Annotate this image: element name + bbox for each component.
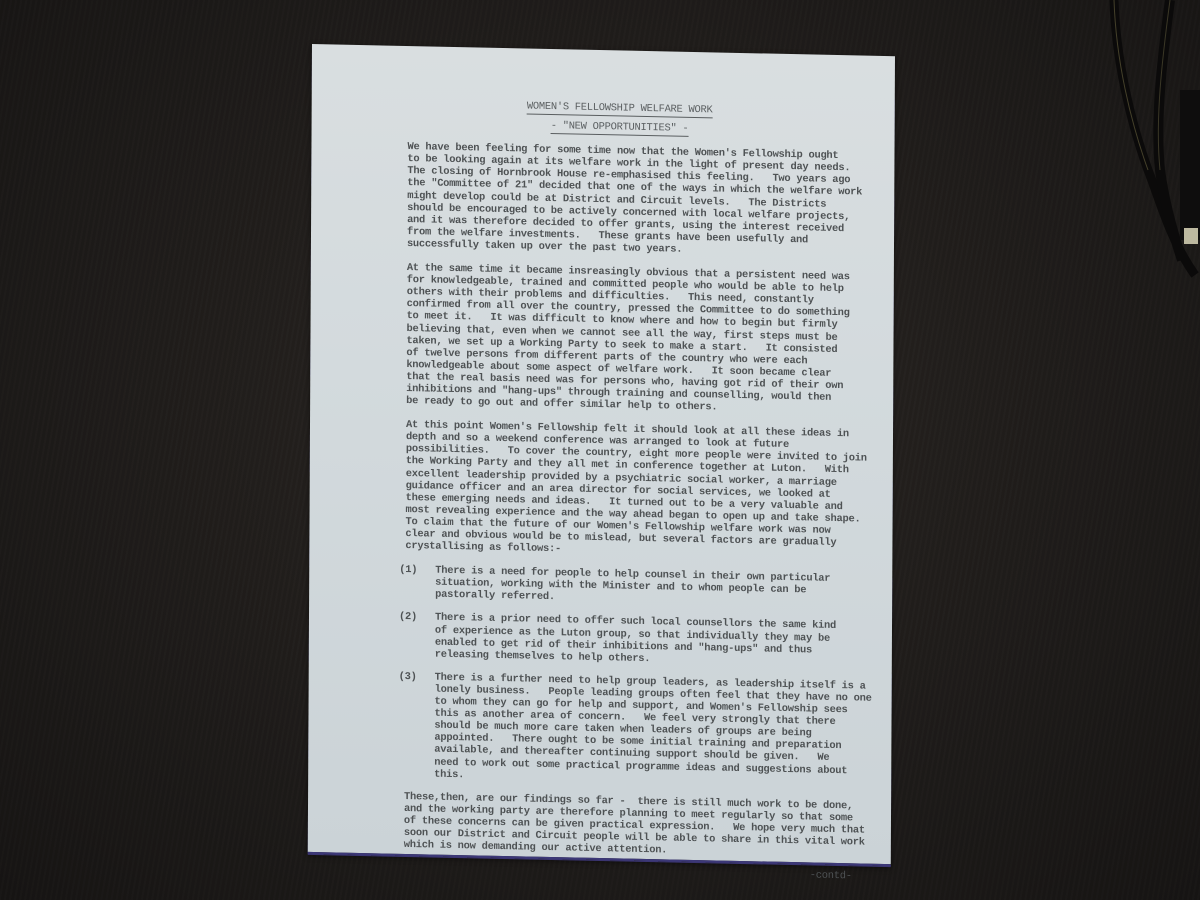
list-item: (3) There is a further need to help grou… (398, 671, 835, 789)
page-content: WOMEN'S FELLOWSHIP WELFARE WORK - "NEW O… (404, 98, 838, 882)
list-item: (1) There is a need for people to help c… (399, 564, 835, 609)
list-text: There is a further need to help group le… (434, 671, 872, 789)
document-page: WOMEN'S FELLOWSHIP WELFARE WORK - "NEW O… (308, 44, 895, 866)
list-item: (2) There is a prior need to offer such … (399, 611, 835, 669)
list-text: There is a need for people to help couns… (435, 565, 830, 610)
document-title: WOMEN'S FELLOWSHIP WELFARE WORK (527, 101, 713, 119)
closing-paragraph: These,then, are our findings so far - th… (404, 791, 834, 860)
list-number: (1) (399, 564, 435, 601)
title-block: WOMEN'S FELLOWSHIP WELFARE WORK - "NEW O… (402, 98, 838, 140)
list-text: There is a prior need to offer such loca… (435, 612, 836, 669)
paragraph-1: We have been feeling for some time now t… (407, 141, 838, 259)
paragraph-2: At the same time it became insreasingly … (406, 262, 837, 416)
document-subtitle: - "NEW OPPORTUNITIES" - (551, 120, 689, 137)
paragraph-3: At this point Women's Fellowship felt it… (405, 419, 836, 561)
cable-icon (1100, 0, 1200, 280)
list-number: (3) (398, 671, 435, 781)
list-number: (2) (399, 611, 435, 660)
